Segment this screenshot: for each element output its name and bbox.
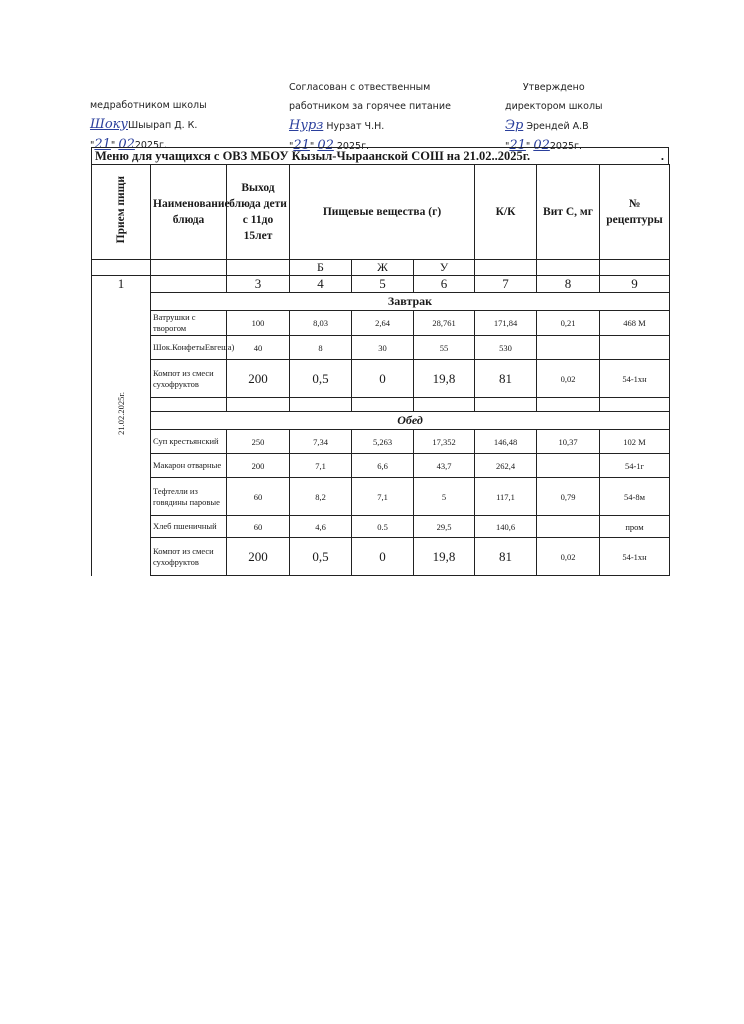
cell-portion: 40 xyxy=(227,336,290,360)
cell-zh: 30 xyxy=(352,336,414,360)
cell-vitc: 0,02 xyxy=(537,538,600,576)
cell-zh: 5,263 xyxy=(352,430,414,454)
cell-kcal: 530 xyxy=(475,336,537,360)
menu-item-row: Суп крестьянский2507,345,26317,352146,48… xyxy=(92,430,670,454)
cell-portion: 200 xyxy=(227,538,290,576)
dish-name: Суп крестьянский xyxy=(151,430,227,454)
cell-portion: 200 xyxy=(227,360,290,398)
subheader-cell: Ж xyxy=(352,260,414,276)
column-number: 4 xyxy=(290,276,352,293)
cell-portion: 60 xyxy=(227,516,290,538)
column-number-row: 121.02.2025г.3456789 xyxy=(92,276,670,293)
menu-item-row xyxy=(92,398,670,412)
column-number: 6 xyxy=(414,276,475,293)
menu-item-row: Ватрушки с творогом1008,032,6428,761171,… xyxy=(92,311,670,336)
menu-item-row: Компот из смеси сухофруктов2000,5019,881… xyxy=(92,360,670,398)
cell-kcal: 140,6 xyxy=(475,516,537,538)
cell-u: 29,5 xyxy=(414,516,475,538)
cell-recipe xyxy=(600,336,670,360)
section-row-lunch: Обед xyxy=(92,412,670,430)
column-number: 8 xyxy=(537,276,600,293)
cell-zh: 0 xyxy=(352,538,414,576)
cell-b: 8,03 xyxy=(290,311,352,336)
cell-vitc xyxy=(537,454,600,478)
menu-item-row: Тефтелли из говядины паровые608,27,15117… xyxy=(92,478,670,516)
cell-kcal: 146,48 xyxy=(475,430,537,454)
director-signature: Эр xyxy=(505,118,523,133)
header-row: Прием пищи Наименование блюда Выход блюд… xyxy=(92,165,670,260)
header-portion: Выход блюда дети с 11до 15лет xyxy=(227,165,290,260)
hot-meals-signer-name: Нурзат Ч.Н. xyxy=(326,121,384,132)
dish-name: Шок.КонфетыЕвгеша) xyxy=(151,336,227,360)
director-approval-block: Утверждено директором школы Эр Эрендей А… xyxy=(505,78,603,156)
cell-u: 43,7 xyxy=(414,454,475,478)
cell-vitc: 0,02 xyxy=(537,360,600,398)
subheader-cell xyxy=(600,260,670,276)
cell-b: 7,1 xyxy=(290,454,352,478)
cell-kcal: 171,84 xyxy=(475,311,537,336)
menu-date-label: 21.02.2025г. xyxy=(116,392,126,435)
hot-meals-approval-line2: работником за горячее питание xyxy=(289,97,451,116)
subheader-cell: У xyxy=(414,260,475,276)
cell-zh: 0.5 xyxy=(352,516,414,538)
menu-item-row: Хлеб пшеничный604,60.529,5140,6пром xyxy=(92,516,670,538)
subheader-cell xyxy=(151,260,227,276)
section-title: Завтрак xyxy=(151,293,670,311)
cell-portion: 60 xyxy=(227,478,290,516)
cell-zh: 7,1 xyxy=(352,478,414,516)
column-number: 3 xyxy=(227,276,290,293)
subheader-cell xyxy=(227,260,290,276)
cell-recipe: 468 М xyxy=(600,311,670,336)
cell-recipe: 102 М xyxy=(600,430,670,454)
cell-portion: 200 xyxy=(227,454,290,478)
medical-approval-title: медработником школы xyxy=(90,96,207,115)
column-number: 5 xyxy=(352,276,414,293)
hot-meals-approval-line1: Согласован с отвественным xyxy=(289,78,451,97)
dish-name: Компот из смеси сухофруктов xyxy=(151,538,227,576)
meal-day-cell: 121.02.2025г. xyxy=(92,276,151,576)
dish-name: Компот из смеси сухофруктов xyxy=(151,360,227,398)
dish-name: Ватрушки с творогом xyxy=(151,311,227,336)
cell-b: 0,5 xyxy=(290,538,352,576)
hot-meals-signature: Нурз xyxy=(289,118,323,133)
cell-recipe: 54-1г xyxy=(600,454,670,478)
director-signer-name: Эрендей А.В xyxy=(526,121,588,132)
dish-name: Хлеб пшеничный xyxy=(151,516,227,538)
menu-document: Меню для учащихся с ОВЗ МБОУ Кызыл-Чыраа… xyxy=(91,147,669,576)
subheader-cell xyxy=(475,260,537,276)
column-number xyxy=(151,276,227,293)
cell-zh: 2,64 xyxy=(352,311,414,336)
header-vitc: Вит С, мг xyxy=(537,165,600,260)
hot-meals-approval-block: Согласован с отвественным работником за … xyxy=(289,78,451,156)
menu-item-row: Компот из смеси сухофруктов2000,5019,881… xyxy=(92,538,670,576)
subheader-cell xyxy=(537,260,600,276)
cell-zh: 0 xyxy=(352,360,414,398)
cell-u: 28,761 xyxy=(414,311,475,336)
header-dish: Наименование блюда xyxy=(151,165,227,260)
menu-title: Меню для учащихся с ОВЗ МБОУ Кызыл-Чыраа… xyxy=(95,149,530,163)
director-approval-line2: директором школы xyxy=(505,97,603,116)
cell-portion: 250 xyxy=(227,430,290,454)
cell-recipe: 54-1хн xyxy=(600,360,670,398)
cell-u: 19,8 xyxy=(414,360,475,398)
cell-kcal: 81 xyxy=(475,538,537,576)
cell-kcal: 117,1 xyxy=(475,478,537,516)
menu-item-row: Макарон отварные2007,16,643,7262,454-1г xyxy=(92,454,670,478)
cell-b: 4,6 xyxy=(290,516,352,538)
medical-signer-name: Шыырап Д. К. xyxy=(128,120,197,131)
cell-vitc xyxy=(537,516,600,538)
cell-u: 19,8 xyxy=(414,538,475,576)
cell-b xyxy=(290,398,352,412)
menu-title-row: Меню для учащихся с ОВЗ МБОУ Кызыл-Чыраа… xyxy=(91,147,669,164)
cell-kcal: 81 xyxy=(475,360,537,398)
subheader-cell: Б xyxy=(290,260,352,276)
cell-vitc xyxy=(537,336,600,360)
section-row-breakfast: Завтрак xyxy=(92,293,670,311)
menu-table: Прием пищи Наименование блюда Выход блюд… xyxy=(91,164,670,576)
cell-portion: 100 xyxy=(227,311,290,336)
medical-signature: Шоку xyxy=(90,117,128,132)
cell-u: 17,352 xyxy=(414,430,475,454)
cell-vitc: 0,79 xyxy=(537,478,600,516)
cell-u: 55 xyxy=(414,336,475,360)
cell-u xyxy=(414,398,475,412)
cell-portion xyxy=(227,398,290,412)
title-dot: . xyxy=(661,148,664,164)
cell-vitc xyxy=(537,398,600,412)
menu-item-row: Шок.КонфетыЕвгеша)4083055530 xyxy=(92,336,670,360)
cell-recipe: пром xyxy=(600,516,670,538)
cell-kcal: 262,4 xyxy=(475,454,537,478)
dish-name xyxy=(151,398,227,412)
cell-zh xyxy=(352,398,414,412)
cell-recipe: 54-8м xyxy=(600,478,670,516)
header-recipe: № рецептуры xyxy=(600,165,670,260)
cell-zh: 6,6 xyxy=(352,454,414,478)
column-number: 1 xyxy=(94,276,148,292)
subheader-row: БЖУ xyxy=(92,260,670,276)
dish-name: Тефтелли из говядины паровые xyxy=(151,478,227,516)
cell-vitc: 0,21 xyxy=(537,311,600,336)
header-meal: Прием пищи xyxy=(92,165,151,260)
column-number: 7 xyxy=(475,276,537,293)
section-title: Обед xyxy=(151,412,670,430)
subheader-cell xyxy=(92,260,151,276)
cell-u: 5 xyxy=(414,478,475,516)
cell-recipe: 54-1хн xyxy=(600,538,670,576)
cell-b: 8,2 xyxy=(290,478,352,516)
header-nutrients: Пищевые вещества (г) xyxy=(290,165,475,260)
cell-b: 0,5 xyxy=(290,360,352,398)
cell-vitc: 10,37 xyxy=(537,430,600,454)
cell-b: 7,34 xyxy=(290,430,352,454)
director-approval-line1: Утверждено xyxy=(505,78,603,97)
cell-kcal xyxy=(475,398,537,412)
header-kcal: К/К xyxy=(475,165,537,260)
cell-b: 8 xyxy=(290,336,352,360)
dish-name: Макарон отварные xyxy=(151,454,227,478)
cell-recipe xyxy=(600,398,670,412)
column-number: 9 xyxy=(600,276,670,293)
